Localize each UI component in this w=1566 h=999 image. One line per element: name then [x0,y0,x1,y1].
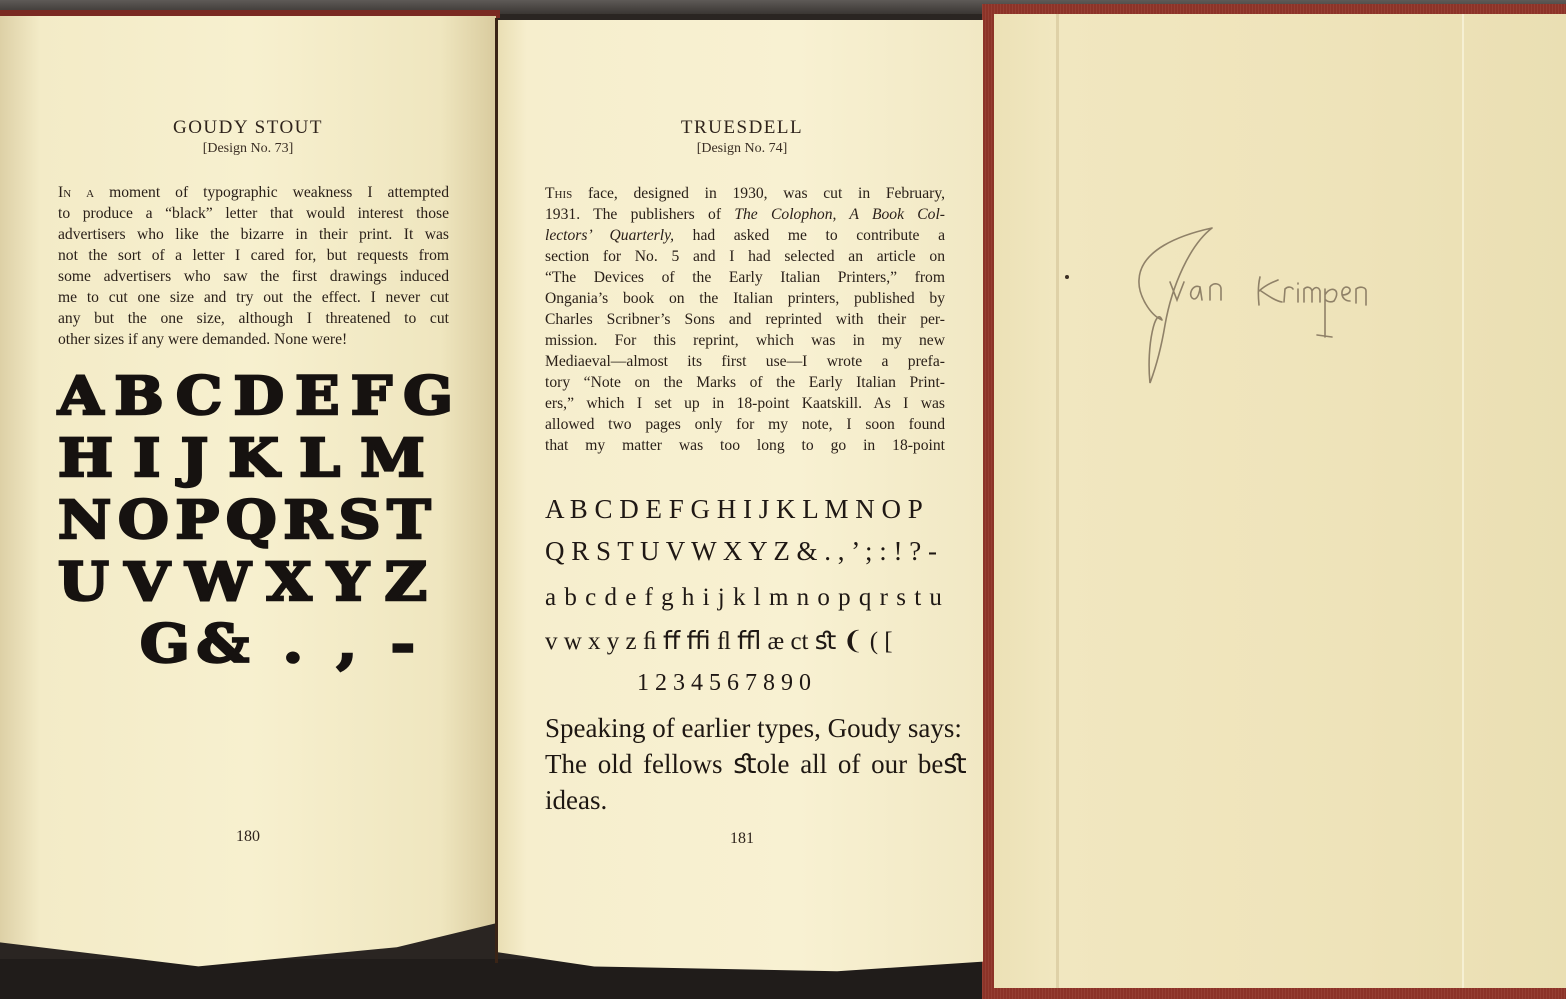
text-line: ers,” which I set up in 18-point Kaatski… [545,393,945,414]
text-line: mission. For this reprint, which was in … [545,330,945,351]
text-line: Charles Scribner’s Sons and reprinted wi… [545,309,945,330]
page-left: GOUDY STOUT [Design No. 73] In a moment … [0,16,496,976]
paper-speck [1065,275,1069,279]
line-text: had asked me to contribute a [674,227,945,244]
text-line: “The Devices of the Early Italian Printe… [545,267,945,288]
text-line: In a moment of typographic weakness I at… [58,182,449,203]
specimen-row: a b c d e f g h i j k l m n o p q r s t … [545,584,943,612]
quote-line: Speaking of earlier types, Goudy says: [545,710,962,746]
small-caps-lead: In a [58,184,94,201]
text-line: advertisers who like the bizarre in thei… [58,224,449,245]
design-number: [Design No. 73] [0,141,496,157]
endpaper-fold [1462,14,1464,988]
line-text: face, designed in 1930, was cut in Febru… [572,185,945,202]
line-text: moment of typographic weakness I attempt… [94,184,449,201]
page-title: TRUESDELL [497,117,987,139]
page-number: 180 [0,828,496,846]
text-line: other sizes if any were demanded. None w… [58,329,449,350]
design-number: [Design No. 74] [497,141,987,157]
page-title: GOUDY STOUT [0,117,496,139]
text-line: tory “Note on the Marks of the Early Ita… [545,372,945,393]
text-line: 1931. The publishers of The Colophon, A … [545,204,945,225]
specimen-row: A B C D E F G H I J K L M N O P [545,494,923,525]
text-line: not the sort of a letter I cared for, bu… [58,245,449,266]
specimen-row: UVWXYZ [58,552,443,613]
specimen-row: NOPQRST [58,490,437,551]
book-photo: GOUDY STOUT [Design No. 73] In a moment … [0,0,1566,999]
text-line: lectors’ Quarterly, had asked me to cont… [545,225,945,246]
specimen-row: HIJKLM [58,428,445,489]
text-line: that my matter was too long to go in 18-… [545,435,945,456]
specimen-row: v w x y z ﬁ ﬀ ﬃ ﬂ ﬄ æ ct ﬆ ❨ ( [ [545,626,893,656]
text-line: This face, designed in 1930, was cut in … [545,183,945,204]
text-line: allowed two pages only for my note, I so… [545,414,945,435]
text-line: Ongania’s book on the Italian printers, … [545,288,945,309]
quote-line: ideas. [545,782,607,818]
specimen-row: Q R S T U V W X Y Z & . , ’ ; : ! ? - [545,536,937,567]
text-line: me to cut one size and try out the effec… [58,287,449,308]
endpaper-fold [1056,14,1059,988]
specimen-row: ABCDEFG [58,366,464,427]
page-number: 181 [497,830,987,848]
text-line: any but the one size, although I threate… [58,308,449,329]
body-paragraph: This face, designed in 1930, was cut in … [545,183,945,456]
text-line: section for No. 5 and I had selected an … [545,246,945,267]
text-line: to produce a “black” letter that would i… [58,203,449,224]
body-paragraph: In a moment of typographic weakness I at… [58,182,449,350]
book-gutter [495,18,498,963]
page-right: TRUESDELL [Design No. 74] This face, des… [497,20,983,976]
italic-title: The Colophon, A Book Col- [734,206,945,223]
front-endpaper [994,14,1566,988]
figures-row: 1 2 3 4 5 6 7 8 9 0 [637,670,811,697]
text-line: some advertisers who saw the first drawi… [58,266,449,287]
specimen-row: G& . , - [140,614,422,675]
small-caps-lead: This [545,185,572,202]
pencil-signature [1120,225,1380,395]
text-line: Mediaeval—almost its first use—I wrote a… [545,351,945,372]
italic-title: lectors’ Quarterly, [545,227,674,244]
quote-line: The old fellows ﬆole all of our beﬆ [545,746,967,782]
line-text: 1931. The publishers of [545,206,734,223]
